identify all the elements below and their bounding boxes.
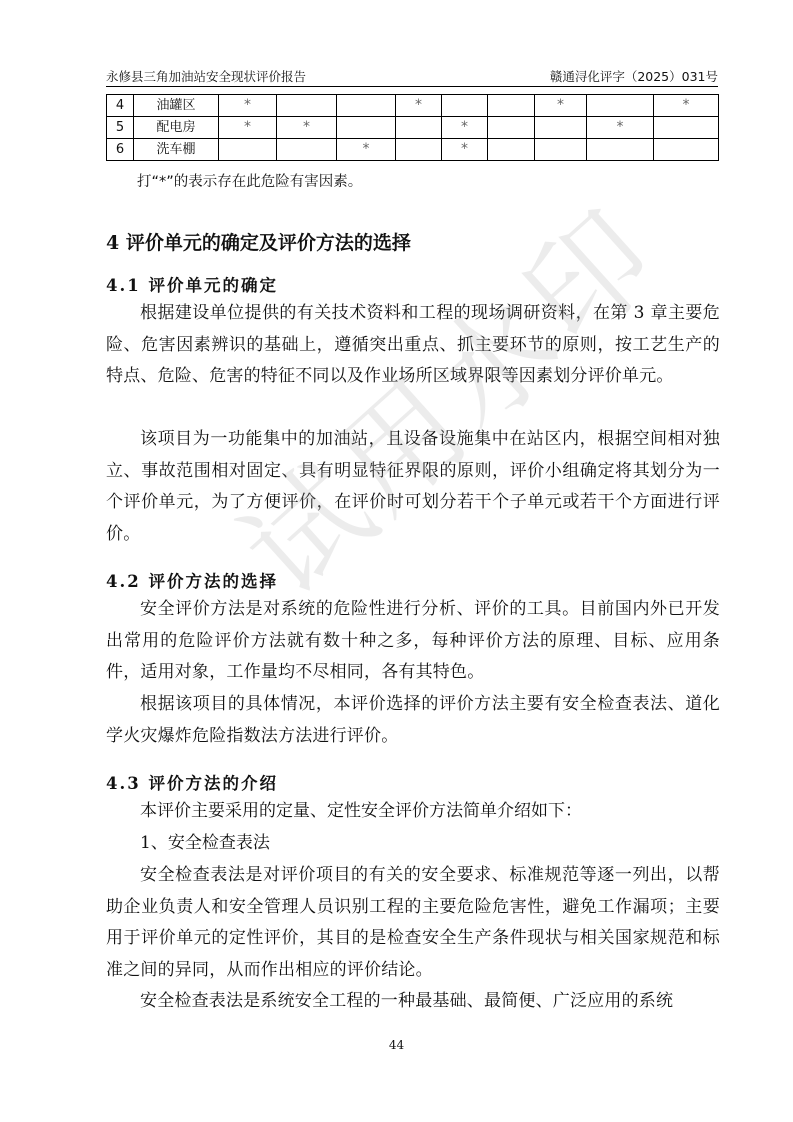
hazard-mark: * (654, 95, 719, 117)
paragraph: 安全评价方法是对系统的危险性进行分析、评价的工具。目前国内外已开发出常用的危险评… (106, 594, 720, 689)
hazard-mark: * (219, 95, 277, 117)
table-row: 6洗车棚** (107, 139, 719, 161)
row-number: 6 (107, 139, 134, 161)
empty-cell (396, 139, 442, 161)
paragraph: 该项目为一功能集中的加油站，且设备设施集中在站区内，根据空间相对独立、事故范围相… (106, 424, 720, 550)
paragraph: 安全检查表法是系统安全工程的一种最基础、最简便、广泛应用的系统 (106, 986, 720, 1018)
page-header: 永修县三角加油站安全现状评价报告 赣通浔化评字（2025）031号 (106, 68, 718, 87)
empty-cell (587, 139, 654, 161)
empty-cell (396, 117, 442, 139)
hazard-mark: * (277, 117, 337, 139)
empty-cell (442, 95, 488, 117)
hazard-mark: * (442, 139, 488, 161)
empty-cell (587, 95, 654, 117)
empty-cell (337, 95, 396, 117)
table-note: 打“*”的表示存在此危险有害因素。 (137, 170, 362, 191)
hazard-mark: * (535, 95, 587, 117)
empty-cell (535, 117, 587, 139)
hazard-mark: * (396, 95, 442, 117)
document-page: 永修县三角加油站安全现状评价报告 赣通浔化评字（2025）031号 4油罐区**… (0, 0, 793, 1122)
empty-cell (277, 95, 337, 117)
unit-name: 配电房 (134, 117, 219, 139)
empty-cell (654, 139, 719, 161)
row-number: 5 (107, 117, 134, 139)
empty-cell (337, 117, 396, 139)
table-row: 5配电房**** (107, 117, 719, 139)
empty-cell (488, 117, 535, 139)
row-number: 4 (107, 95, 134, 117)
hazard-table: 4油罐区****5配电房****6洗车棚** (106, 94, 719, 161)
paragraph: 根据建设单位提供的有关技术资料和工程的现场调研资料，在第 3 章主要危险、危害因… (106, 298, 720, 393)
table-row: 4油罐区**** (107, 95, 719, 117)
empty-cell (488, 139, 535, 161)
paragraph: 安全检查表法是对评价项目的有关的安全要求、标准规范等逐一列出，以帮助企业负责人和… (106, 860, 720, 986)
page-number: 44 (0, 1038, 793, 1052)
empty-cell (654, 117, 719, 139)
section-title-4-1: 4.1 评价单元的确定 (106, 272, 278, 296)
hazard-mark: * (587, 117, 654, 139)
list-item-heading: 1、安全检查表法 (140, 828, 270, 860)
section-title-4-2: 4.2 评价方法的选择 (106, 568, 278, 592)
empty-cell (219, 139, 277, 161)
empty-cell (277, 139, 337, 161)
section-title-4-3: 4.3 评价方法的介绍 (106, 770, 278, 794)
hazard-mark: * (337, 139, 396, 161)
empty-cell (488, 95, 535, 117)
paragraph: 根据该项目的具体情况，本评价选择的评价方法主要有安全检查表法、道化学火灾爆炸危险… (106, 689, 720, 752)
unit-name: 油罐区 (134, 95, 219, 117)
report-title: 永修县三角加油站安全现状评价报告 (106, 68, 306, 86)
empty-cell (535, 139, 587, 161)
report-code: 赣通浔化评字（2025）031号 (550, 68, 718, 86)
hazard-mark: * (442, 117, 488, 139)
unit-name: 洗车棚 (134, 139, 219, 161)
intro-text: 本评价主要采用的定量、定性安全评价方法简单介绍如下： (140, 796, 582, 828)
hazard-mark: * (219, 117, 277, 139)
chapter-title: 4 评价单元的确定及评价方法的选择 (106, 228, 411, 255)
